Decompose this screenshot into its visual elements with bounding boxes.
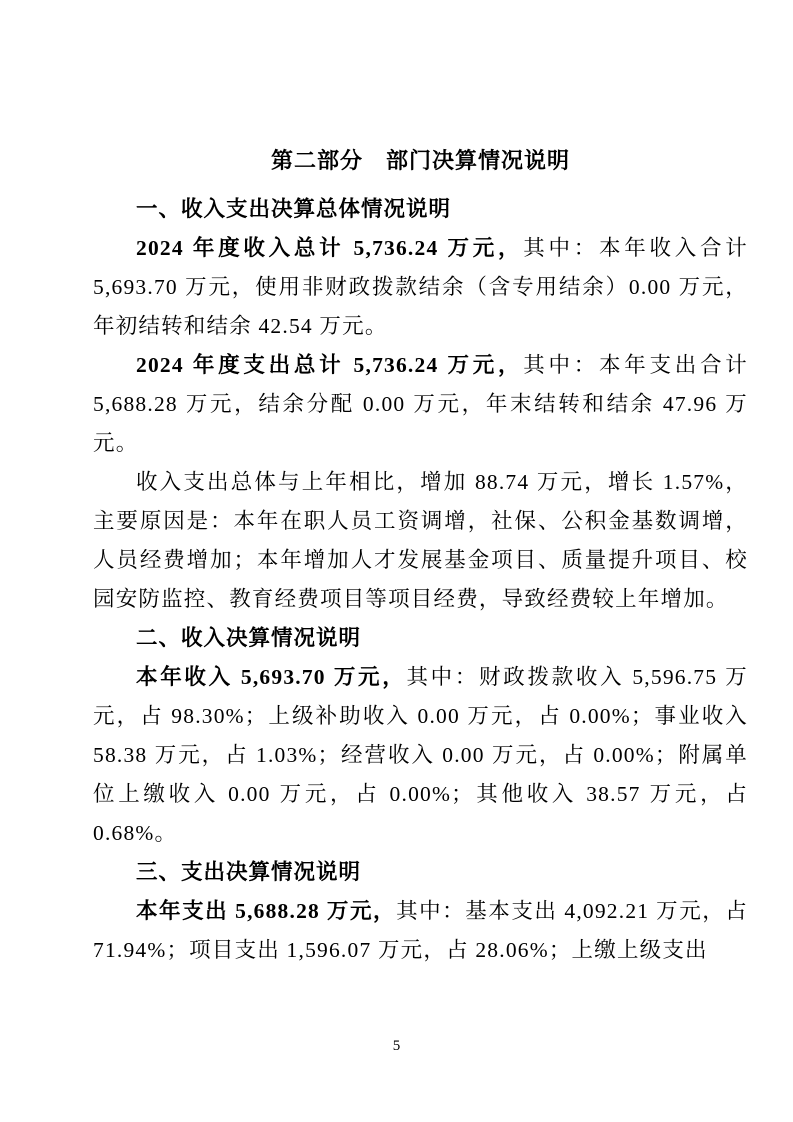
section-heading-income: 二、收入决算情况说明 [93,619,748,658]
paragraph-text: 收入支出总体与上年相比，增加 88.74 万元，增长 1.57%，主要原因是：本… [93,470,748,611]
section-expenditure-detail: 三、支出决算情况说明 本年支出 5,688.28 万元，其中：基本支出 4,09… [93,853,748,970]
paragraph-lead: 本年收入 5,693.70 万元， [136,665,406,689]
section-heading-expenditure: 三、支出决算情况说明 [93,853,748,892]
paragraph-text: 其中：财政拨款收入 5,596.75 万元，占 98.30%；上级补助收入 0.… [93,665,748,845]
page-number: 5 [0,1036,793,1056]
document-page: 第二部分 部门决算情况说明 一、收入支出决算总体情况说明 2024 年度收入总计… [0,0,793,1122]
paragraph-yoy-comparison: 收入支出总体与上年相比，增加 88.74 万元，增长 1.57%，主要原因是：本… [93,463,748,619]
paragraph-expenditure-breakdown: 本年支出 5,688.28 万元，其中：基本支出 4,092.21 万元，占 7… [93,892,748,970]
paragraph-income-total: 2024 年度收入总计 5,736.24 万元，其中：本年收入合计 5,693.… [93,229,748,346]
paragraph-income-breakdown: 本年收入 5,693.70 万元，其中：财政拨款收入 5,596.75 万元，占… [93,658,748,853]
paragraph-lead: 2024 年度收入总计 5,736.24 万元， [136,236,523,260]
section-income-detail: 二、收入决算情况说明 本年收入 5,693.70 万元，其中：财政拨款收入 5,… [93,619,748,853]
section-overview: 一、收入支出决算总体情况说明 2024 年度收入总计 5,736.24 万元，其… [93,190,748,619]
paragraph-lead: 本年支出 5,688.28 万元， [136,899,396,923]
section-heading-overview: 一、收入支出决算总体情况说明 [93,190,748,229]
paragraph-lead: 2024 年度支出总计 5,736.24 万元， [136,353,523,377]
page-title: 第二部分 部门决算情况说明 [93,141,748,180]
paragraph-expenditure-total: 2024 年度支出总计 5,736.24 万元，其中：本年支出合计 5,688.… [93,346,748,463]
